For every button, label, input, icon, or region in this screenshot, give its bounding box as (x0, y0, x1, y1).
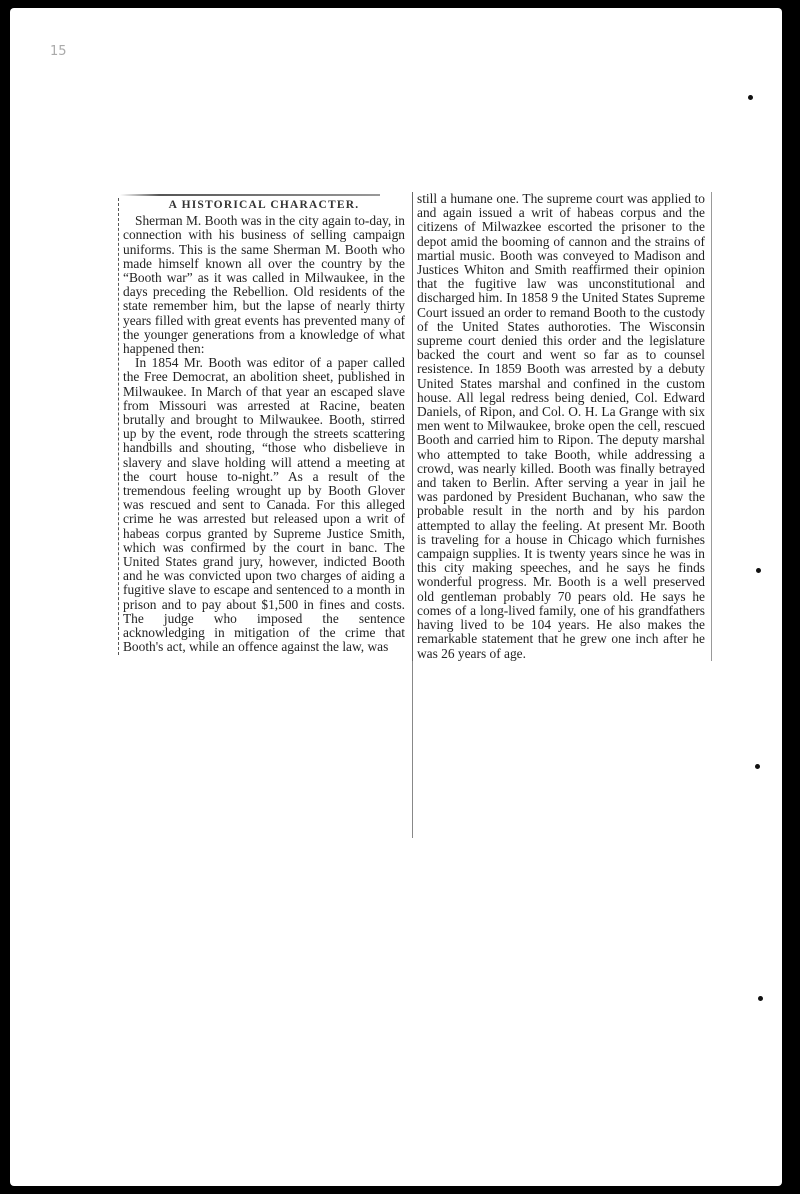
right-column: still a humane one. The supreme court wa… (412, 192, 712, 661)
scanned-page: 15 A HISTORICAL CHARACTER. Sherman M. Bo… (10, 8, 782, 1186)
paragraph: In 1854 Mr. Booth was editor of a paper … (123, 356, 405, 654)
margin-dot (758, 996, 763, 1001)
header-rule (120, 194, 380, 196)
paragraph: Sherman M. Booth was in the city again t… (123, 214, 405, 356)
newspaper-clipping: A HISTORICAL CHARACTER. Sherman M. Booth… (108, 186, 708, 856)
margin-dot (748, 95, 753, 100)
left-column: A HISTORICAL CHARACTER. Sherman M. Booth… (118, 198, 405, 655)
article-headline: A HISTORICAL CHARACTER. (123, 198, 405, 212)
paragraph: still a humane one. The supreme court wa… (417, 192, 705, 661)
page-number-mark: 15 (50, 44, 67, 59)
margin-dot (756, 568, 761, 573)
margin-dot (755, 764, 760, 769)
